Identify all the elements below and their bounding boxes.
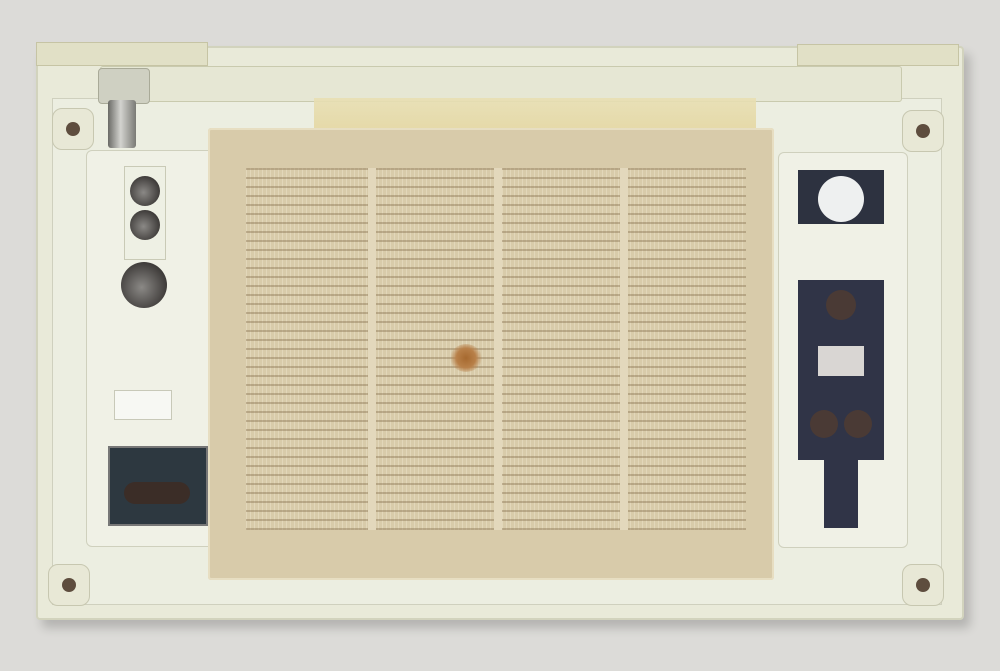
round-hole-large (121, 262, 167, 308)
screw-boss-bottom-right (902, 564, 944, 606)
metal-bracket-stem (824, 458, 858, 528)
cloth-divider-2 (494, 168, 502, 530)
metal-pin (108, 100, 136, 148)
round-hole-2 (130, 210, 160, 240)
cloth-divider-1 (368, 168, 376, 530)
bracket-hole-right (844, 410, 872, 438)
round-hole-icon (818, 176, 864, 222)
oval-slot (124, 482, 190, 504)
screw-hole-icon (62, 578, 76, 592)
top-left-tab (36, 42, 208, 66)
cloth-divider-3 (620, 168, 628, 530)
screw-hole-icon (916, 124, 930, 138)
small-rect-window (114, 390, 172, 420)
round-hole-1 (130, 176, 160, 206)
top-right-tab (797, 44, 959, 66)
pin-cap (98, 68, 150, 104)
screw-hole-icon (66, 122, 80, 136)
screw-boss-bottom-left (48, 564, 90, 606)
rust-stain (450, 344, 482, 372)
screw-boss-top-left (52, 108, 94, 150)
dark-window (108, 446, 208, 526)
screw-hole-icon (916, 578, 930, 592)
right-top-window (798, 170, 884, 224)
bracket-hole-top (826, 290, 856, 320)
bracket-rect-hole (818, 346, 864, 376)
screw-boss-top-right (902, 110, 944, 152)
bracket-hole-left (810, 410, 838, 438)
top-rail (100, 66, 902, 102)
